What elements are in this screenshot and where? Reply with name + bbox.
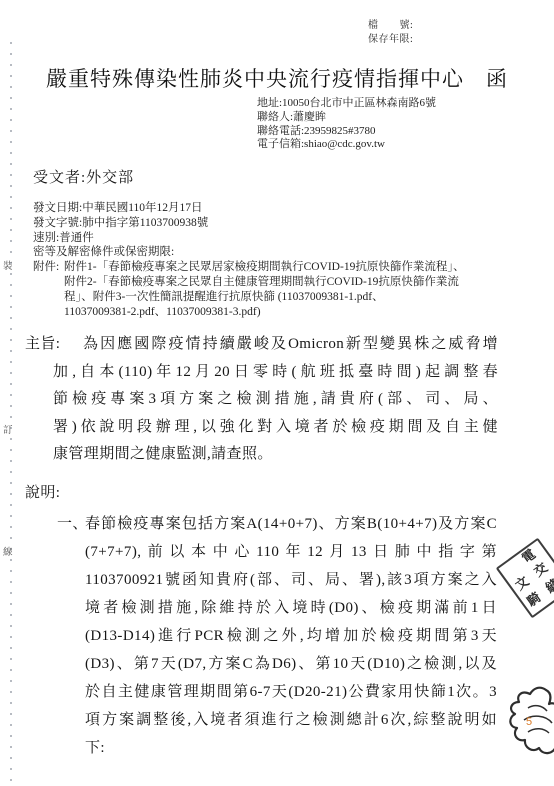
archive-labels: 檔 號: 保存年限: [368, 19, 413, 46]
document-meta-block: 發文日期:中華民國110年12月17日 發文字號:肺中指字第1103700938… [33, 201, 533, 319]
dotted-binding-line [10, 42, 12, 786]
item-line: (7+7+7),前以本中心110年12月13日肺中指字第 [85, 538, 497, 566]
subject-line: 節檢疫專案3項方案之檢測措施,請貴府(部、司、局、 [53, 386, 498, 414]
official-letter-page: 裝 訂 線 檔 號: 保存年限: 嚴重特殊傳染性肺炎中央流行疫情指揮中心 函 地… [0, 0, 554, 786]
item-line: 下: [85, 734, 497, 762]
agency-email: 電子信箱:shiao@cdc.gov.tw [257, 138, 436, 152]
binding-mark-ding: 訂 [3, 427, 13, 437]
agency-phone: 聯絡電話:23959825#3780 [257, 125, 436, 139]
seal-stamp: 5 [506, 684, 554, 764]
item-number: 一、 [57, 510, 88, 538]
file-number-label: 檔 號: [368, 19, 413, 33]
attachment-block: 附件: 附件1-「春節檢疫專案之民眾居家檢疫期間執行COVID-19抗原快篩作業… [33, 260, 533, 319]
subject-line: 康管理期間之健康監測,請查照。 [53, 441, 498, 469]
explanation-item-1: 一、 春節檢疫專案包括方案A(14+0+7)、方案B(10+4+7)及方案C (… [57, 510, 497, 762]
document-title: 嚴重特殊傳染性肺炎中央流行疫情指揮中心 函 [0, 63, 554, 93]
joint-stamp-char: 騎 [525, 590, 543, 608]
agency-address: 地址:10050台北市中正區林森南路6號 [257, 97, 436, 111]
binding-mark-zhuang: 裝 [3, 263, 13, 273]
seal-number: 5 [526, 716, 532, 728]
item-line: (D13-D14)進行PCR檢測之外,均增加於檢疫期間第3天 [85, 622, 497, 650]
attachment-line: 附件2-「春節檢疫專案之民眾自主健康管理期間執行COVID-19抗原快篩作業流 [64, 275, 533, 290]
joint-stamp-char: 縫 [543, 577, 554, 595]
retention-period-label: 保存年限: [368, 33, 413, 47]
item-line: 於自主健康管理期間第6-7天(D20-21)公費家用快篩1次。3 [85, 678, 497, 706]
subject-line: 為因應國際疫情持續嚴峻及Omicron新型變異株之威脅增 [83, 331, 498, 359]
issue-number-line: 發文字號:肺中指字第1103700938號 [33, 216, 533, 231]
subject-label: 主旨: [25, 331, 60, 359]
item-line: (D3)、第7天(D7,方案C為D6)、第10天(D10)之檢測,以及 [85, 650, 497, 678]
item-line: 春節檢疫專案包括方案A(14+0+7)、方案B(10+4+7)及方案C [85, 510, 497, 538]
attachment-label: 附件: [33, 260, 59, 275]
item-line: 1103700921號函知貴府(部、司、局、署),該3項方案之入 [85, 566, 497, 594]
agency-contact-block: 地址:10050台北市中正區林森南路6號 聯絡人:蕭慶眸 聯絡電話:239598… [257, 97, 436, 152]
attachment-line: 附件1-「春節檢疫專案之民眾居家檢疫期間執行COVID-19抗原快篩作業流程」、 [64, 260, 533, 275]
issue-date-line: 發文日期:中華民國110年12月17日 [33, 201, 533, 216]
subject-line: 加,自本(110)年12月20日零時(航班抵臺時間)起調整春 [53, 359, 498, 387]
binding-mark-xian: 線 [3, 549, 13, 559]
attachment-line: 程」、附件3-一次性簡訊提醒進行抗原快篩 (11037009381-1.pdf、 [64, 290, 533, 305]
page-joint-stamp: 電 文 交 騎 縫 [496, 538, 554, 619]
joint-stamp-char: 文 [513, 574, 531, 592]
joint-stamp-char: 交 [532, 560, 550, 578]
subject-line: 署)依說明段辦理,以強化對入境者於檢疫期間及自主健 [53, 414, 498, 442]
explanation-label: 說明: [25, 483, 60, 503]
subject-paragraph: 主旨: 為因應國際疫情持續嚴峻及Omicron新型變異株之威脅增 加,自本(11… [25, 331, 498, 469]
item-line: 境者檢測措施,除維持於入境時(D0)、檢疫期滿前1日 [85, 594, 497, 622]
item-line: 項方案調整後,入境者須進行之檢測總計6次,綜整說明如 [85, 706, 497, 734]
joint-stamp-char: 電 [519, 547, 537, 565]
priority-line: 速別:普通件 [33, 231, 533, 246]
recipient-line: 受文者:外交部 [33, 166, 134, 187]
agency-contact-person: 聯絡人:蕭慶眸 [257, 111, 436, 125]
security-line: 密等及解密條件或保密期限: [33, 245, 533, 260]
attachment-line: 11037009381-2.pdf、11037009381-3.pdf) [64, 305, 533, 320]
